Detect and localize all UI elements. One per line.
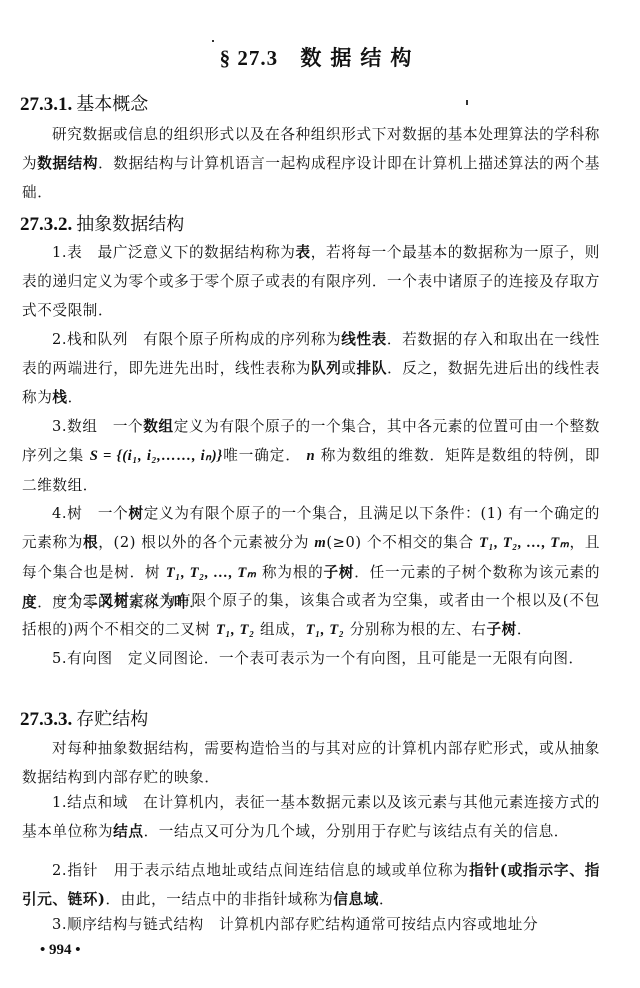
text-run: ． xyxy=(517,621,532,638)
text-run: 对每种抽象数据结构，需要构造恰当的与其对应的计算机内部存贮形式，或从抽象数据结构… xyxy=(22,740,600,786)
paragraph: 3.顺序结构与链式结构 计算机内部存贮结构通常可按结点内容或地址分 xyxy=(22,910,600,939)
paragraph: 一个二叉树定义为有限个原子的集，该集合或者为空集，或者由一个根以及(不包括根的)… xyxy=(22,586,600,645)
bold-term: 数据结构 xyxy=(37,155,98,172)
text-run: 一个 xyxy=(52,592,83,609)
bold-term: 子树 xyxy=(324,564,355,581)
math-expression: n xyxy=(306,448,315,464)
math-expression: S = {(i₁, i₂,……, iₙ)} xyxy=(90,448,223,464)
paragraph: 2.栈和队列 有限个原子所构成的序列称为线性表．若数据的存入和取出在一线性表的两… xyxy=(22,325,600,412)
paragraph: 1.结点和域 在计算机内，表征一基本数据元素以及该元素与其他元素连接方式的基本单… xyxy=(22,788,600,846)
paragraph: 研究数据或信息的组织形式以及在各种组织形式下对数据的基本处理算法的学科称为数据结… xyxy=(22,120,600,207)
text-run: (≥0) 个不相交的集合 xyxy=(326,534,479,551)
text-run: 2.指针 用于表示结点地址或结点间连结信息的域或单位称为 xyxy=(52,862,469,879)
bold-term: 树 xyxy=(128,505,143,522)
title-number: § 27.3 xyxy=(220,46,279,70)
text-run: ．任一元素的子树个数称为该元素的 xyxy=(354,564,600,581)
math-expression: T₁, T₂, …, Tₘ xyxy=(479,535,569,551)
text-run: 唯一确定． xyxy=(223,447,307,464)
bold-term: 信息域 xyxy=(333,891,379,908)
section-heading-27-3-2: 27.3.2.抽象数据结构 xyxy=(20,210,184,236)
text-run: ．一结点又可分为几个域，分别用于存贮与该结点有关的信息． xyxy=(144,823,569,840)
paragraph: 1.表 最广泛意义下的数据结构称为表，若将每一个最基本的数据称为一原子，则表的递… xyxy=(22,238,600,325)
scan-speck xyxy=(466,100,468,105)
bold-term: 根 xyxy=(83,534,98,551)
bold-term: 排队 xyxy=(357,360,387,377)
bold-term: 结点 xyxy=(113,823,143,840)
bold-term: 栈 xyxy=(52,389,67,406)
text-run: 称为根的 xyxy=(257,564,324,581)
paragraph: 5.有向图 定义同图论．一个表可表示为一个有向图，且可能是一无限有向图． xyxy=(22,644,600,673)
math-expression: T₁, T₂, …, Tₘ xyxy=(166,565,257,581)
text-run: 1.表 最广泛意义下的数据结构称为 xyxy=(52,244,296,261)
page-title: § 27.3 数据结构 xyxy=(0,42,640,72)
paragraph: 对每种抽象数据结构，需要构造恰当的与其对应的计算机内部存贮形式，或从抽象数据结构… xyxy=(22,734,600,792)
title-text: 数据结构 xyxy=(300,46,420,70)
paragraph: 2.指针 用于表示结点地址或结点间连结信息的域或单位称为指针(或指示字、指引元、… xyxy=(22,856,600,914)
text-run: 分别称为根的左、右 xyxy=(345,621,487,638)
section-number: 27.3.1. xyxy=(20,94,72,115)
bold-term: 线性表 xyxy=(341,331,387,348)
text-run: ． xyxy=(68,389,83,406)
bold-term: 表 xyxy=(296,244,311,261)
paragraph: 3.数组 一个数组定义为有限个原子的一个集合，其中各元素的位置可由一个整数序列之… xyxy=(22,412,600,500)
text-run: 或 xyxy=(341,360,356,377)
bold-term: 数组 xyxy=(143,418,173,435)
section-number: 27.3.3. xyxy=(20,709,72,730)
section-title: 抽象数据结构 xyxy=(76,214,184,235)
section-title: 存贮结构 xyxy=(76,709,148,730)
text-run: 组成， xyxy=(255,621,306,638)
section-number: 27.3.2. xyxy=(20,214,72,235)
scan-speck xyxy=(212,40,214,42)
text-run: ，(2) 根以外的各个元素被分为 xyxy=(98,534,314,551)
text-run: 3.数组 一个 xyxy=(52,418,143,435)
section-heading-27-3-1: 27.3.1.基本概念 xyxy=(20,90,148,116)
bold-term: 子树 xyxy=(486,621,516,638)
text-run: ．由此，一结点中的非指针域称为 xyxy=(105,891,333,908)
math-expression: T₁, T₂ xyxy=(306,622,345,638)
text-run: ． xyxy=(379,891,394,908)
bold-term: 二叉树 xyxy=(83,592,129,609)
page-number: • 994 • xyxy=(40,942,81,959)
text-run: ．数据结构与计算机语言一起构成程序设计即在计算机上描述算法的两个基础． xyxy=(22,155,600,201)
section-heading-27-3-3: 27.3.3.存贮结构 xyxy=(20,705,148,731)
text-run: 4.树 一个 xyxy=(52,505,128,522)
document-page: § 27.3 数据结构 27.3.1.基本概念 研究数据或信息的组织形式以及在各… xyxy=(0,0,640,988)
math-expression: m xyxy=(314,535,326,551)
section-title: 基本概念 xyxy=(76,94,148,115)
bold-term: 队列 xyxy=(311,360,341,377)
text-run: 3.顺序结构与链式结构 计算机内部存贮结构通常可按结点内容或地址分 xyxy=(52,916,538,933)
text-run: 2.栈和队列 有限个原子所构成的序列称为 xyxy=(52,331,341,348)
math-expression: T₁, T₂ xyxy=(216,622,255,638)
text-run: 5.有向图 定义同图论．一个表可表示为一个有向图，且可能是一无限有向图． xyxy=(52,650,584,667)
